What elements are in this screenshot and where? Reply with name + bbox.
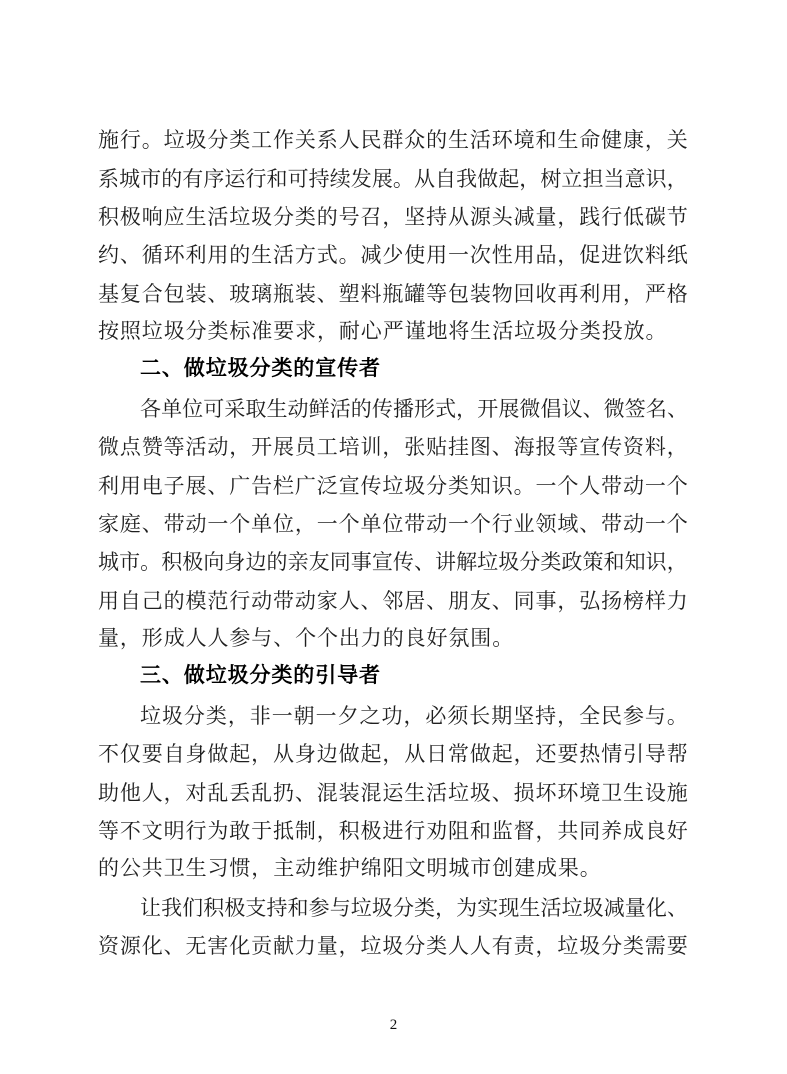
text-line: 各单位可采取生动鲜活的传播形式，开展微倡议、微签名、: [98, 389, 688, 427]
text-line: 让我们积极支持和参与垃圾分类，为实现生活垃圾减量化、: [98, 888, 688, 926]
text-line: 垃圾分类，非一朝一夕之功，必须长期坚持，全民参与。: [98, 696, 688, 734]
text-line: 不仅要自身做起，从身边做起，从日常做起，还要热情引导帮: [98, 734, 688, 772]
text-line: 约、循环利用的生活方式。减少使用一次性用品，促进饮料纸: [98, 235, 688, 273]
text-line: 助他人，对乱丢乱扔、混装混运生活垃圾、损坏环境卫生设施: [98, 773, 688, 811]
document-page: 施行。垃圾分类工作关系人民群众的生活环境和生命健康，关系城市的有序运行和可持续发…: [0, 0, 787, 1074]
text-line: 资源化、无害化贡献力量，垃圾分类人人有责，垃圾分类需要: [98, 926, 688, 964]
text-line: 等不文明行为敢于抵制，积极进行劝阻和监督，共同养成良好: [98, 811, 688, 849]
page-number: 2: [0, 1014, 787, 1036]
text-line: 基复合包装、玻璃瓶装、塑料瓶罐等包装物回收再利用，严格: [98, 274, 688, 312]
text-line: 微点赞等活动，开展员工培训，张贴挂图、海报等宣传资料，: [98, 427, 688, 465]
text-line: 利用电子展、广告栏广泛宣传垃圾分类知识。一个人带动一个: [98, 466, 688, 504]
page-text-area: 施行。垃圾分类工作关系人民群众的生活环境和生命健康，关系城市的有序运行和可持续发…: [98, 120, 688, 965]
text-line: 系城市的有序运行和可持续发展。从自我做起，树立担当意识，: [98, 158, 688, 196]
text-line: 量，形成人人参与、个个出力的良好氛围。: [98, 619, 688, 657]
section-heading: 二、做垃圾分类的宣传者: [98, 350, 688, 388]
section-heading: 三、做垃圾分类的引导者: [98, 657, 688, 695]
text-line: 按照垃圾分类标准要求，耐心严谨地将生活垃圾分类投放。: [98, 312, 688, 350]
text-line: 的公共卫生习惯，主动维护绵阳文明城市创建成果。: [98, 849, 688, 887]
text-line: 城市。积极向身边的亲友同事宣传、讲解垃圾分类政策和知识，: [98, 542, 688, 580]
text-line: 用自己的模范行动带动家人、邻居、朋友、同事，弘扬榜样力: [98, 581, 688, 619]
text-line: 积极响应生活垃圾分类的号召，坚持从源头减量，践行低碳节: [98, 197, 688, 235]
text-line: 施行。垃圾分类工作关系人民群众的生活环境和生命健康，关: [98, 120, 688, 158]
text-line: 家庭、带动一个单位，一个单位带动一个行业领域、带动一个: [98, 504, 688, 542]
